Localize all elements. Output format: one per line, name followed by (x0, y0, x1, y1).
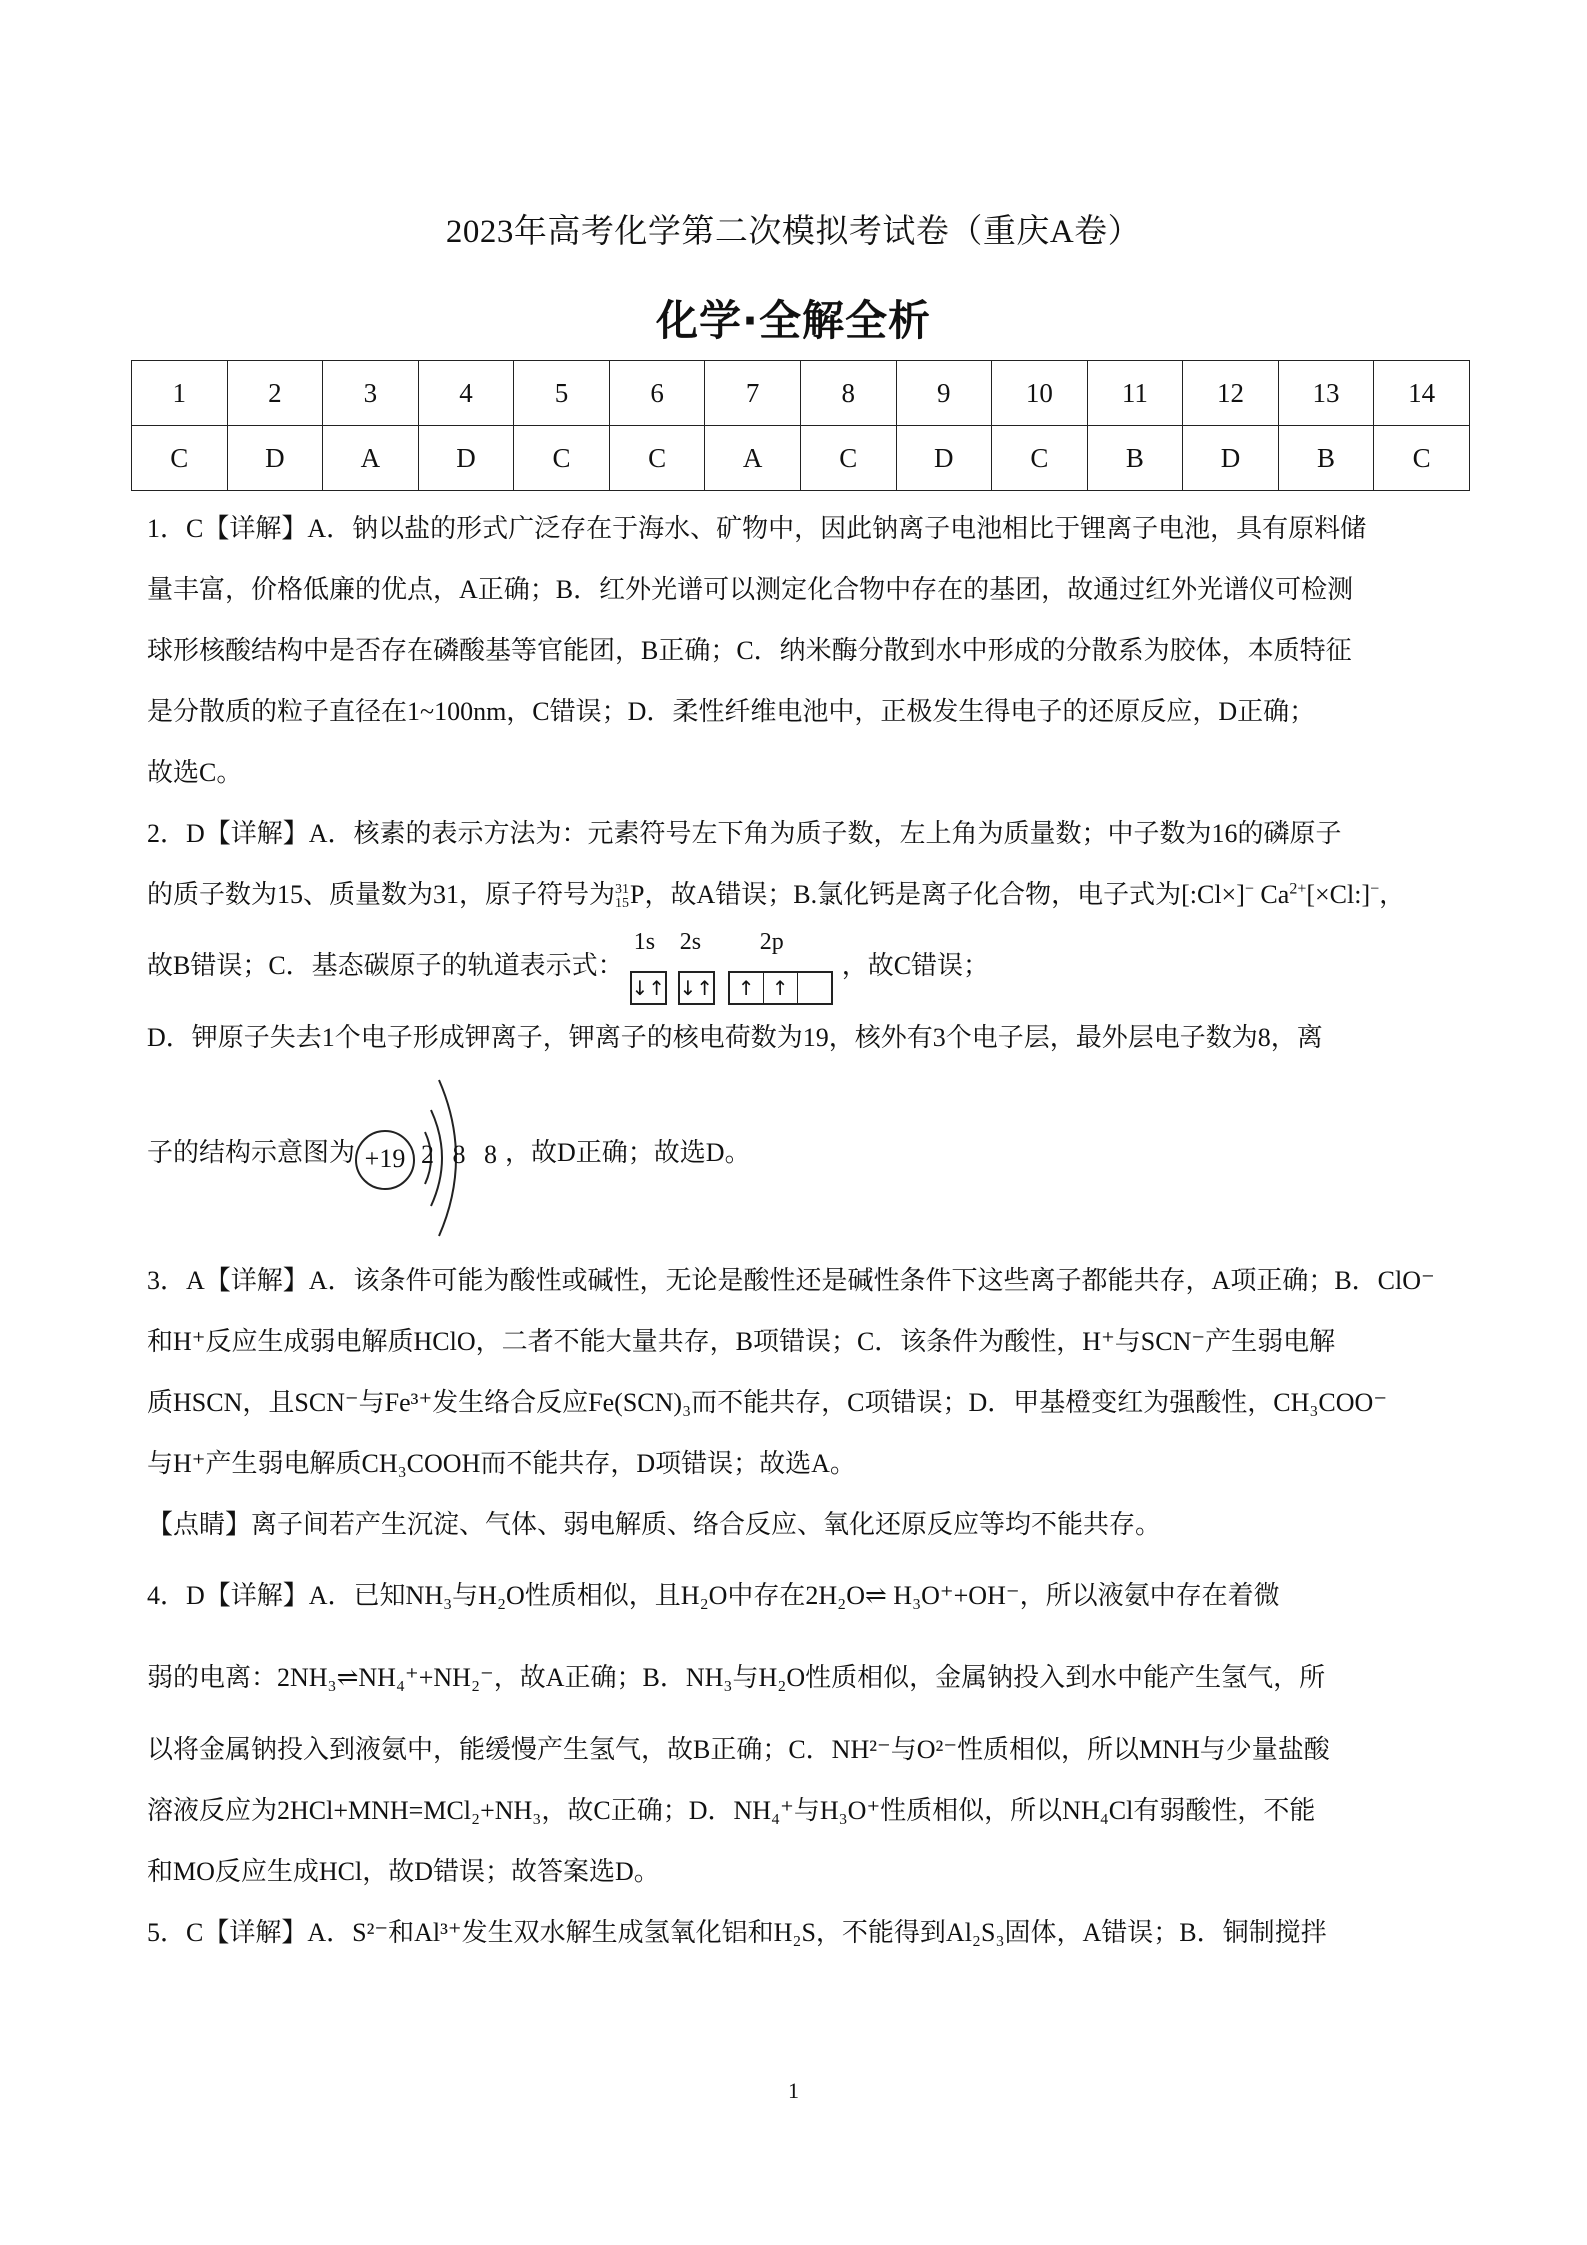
question-number: 13 (1278, 361, 1374, 426)
ion-structure-diagram: +19 2 8 8 (355, 1070, 505, 1240)
answer-cell: C (514, 426, 610, 491)
text-line: 3．A【详解】A．该条件可能为酸性或碱性，无论是酸性还是碱性条件下这些离子都能共… (147, 1250, 1457, 1311)
orbital-box-2p: ↑↑ (728, 971, 833, 1005)
answer-cell: C (800, 426, 896, 491)
text-line: 与H⁺产生弱电解质CH₃COOH而不能共存，D项错误；故选A。 (147, 1433, 1457, 1494)
answer-cell: D (418, 426, 514, 491)
question-number: 14 (1374, 361, 1470, 426)
text-segment: 故B错误；C．基态碳原子的轨道表示式： (147, 951, 624, 980)
answer-cell: C (992, 426, 1088, 491)
isotope-notation: 3115 (615, 883, 629, 911)
text-line: 5．C【详解】A．S²⁻和Al³⁺发生双水解生成氢氧化铝和H₂S，不能得到Al₂… (147, 1902, 1457, 1963)
text-segment: ，故D正确；故选D。 (505, 1138, 751, 1167)
question-number: 11 (1087, 361, 1183, 426)
answer-cell: A (323, 426, 419, 491)
question-number: 5 (514, 361, 610, 426)
document-subtitle: 化学·全解全析 (0, 288, 1587, 348)
orbital-cell (798, 973, 831, 1003)
answer-cell: C (609, 426, 705, 491)
text-line: 和H⁺反应生成弱电解质HClO，二者不能大量共存，B项错误；C．该条件为酸性，H… (147, 1311, 1457, 1372)
q4-explanation: 4．D【详解】A．已知NH₃与H₂O性质相似，且H₂O中存在2H₂O⇌ H₃O⁺… (147, 1555, 1457, 1902)
orbital-cell: ↓↑ (632, 973, 665, 1003)
question-number: 10 (992, 361, 1088, 426)
text-line: 2．D【详解】A．核素的表示方法为：元素符号左下角为质子数，左上角为质量数；中子… (147, 803, 1457, 864)
lewis-chloride-left: [:Cl×] (1181, 880, 1245, 909)
q2-explanation: 2．D【详解】A．核素的表示方法为：元素符号左下角为质子数，左上角为质量数；中子… (147, 803, 1457, 1238)
lewis-calcium: Ca (1260, 880, 1289, 909)
orbital-cell: ↓↑ (680, 973, 713, 1003)
answer-cell: C (132, 426, 228, 491)
charge: − (1245, 880, 1254, 897)
answer-table: 1 2 3 4 5 6 7 8 9 10 11 12 13 14 C D A D… (131, 360, 1470, 491)
answer-cell: C (1374, 426, 1470, 491)
orbital-label-2s: 2s (680, 929, 701, 955)
text-line: 质HSCN，且SCN⁻与Fe³⁺发生络合反应Fe(SCN)₃而不能共存，C项错误… (147, 1372, 1457, 1433)
orbital-box-1s: ↓↑ (630, 971, 667, 1005)
text-line: 溶液反应为2HCl+MNH=MCl₂+NH₃，故C正确；D．NH₄⁺与H₃O⁺性… (147, 1780, 1457, 1841)
text-segment: ，故A错误；B.氯化钙是离子化合物，电子式为 (644, 880, 1181, 909)
document-title: 2023年高考化学第二次模拟考试卷（重庆A卷） (0, 205, 1587, 252)
question-number: 9 (896, 361, 992, 426)
text-line: 1．C【详解】A．钠以盐的形式广泛存在于海水、矿物中，因此钠离子电池相比于锂离子… (147, 498, 1457, 559)
lewis-chloride-right: [×Cl:] (1306, 880, 1370, 909)
text-segment: ，故C错误； (842, 951, 989, 980)
answer-cell: A (705, 426, 801, 491)
answer-table-answer-row: C D A D C C A C D C B D B C (132, 426, 1470, 491)
text-line: 量丰富，价格低廉的优点，A正确；B．红外光谱可以测定化合物中存在的基团，故通过红… (147, 559, 1457, 620)
explanation-body: 1．C【详解】A．钠以盐的形式广泛存在于海水、矿物中，因此钠离子电池相比于锂离子… (147, 498, 1457, 1963)
answer-cell: D (1183, 426, 1279, 491)
orbital-cell: ↑ (730, 973, 764, 1003)
question-number: 7 (705, 361, 801, 426)
answer-cell: D (227, 426, 323, 491)
text-line: 的质子数为15、质量数为31，原子符号为3115P，故A错误；B.氯化钙是离子化… (147, 864, 1457, 925)
question-number: 12 (1183, 361, 1279, 426)
charge: − (1370, 880, 1379, 897)
text-line: 弱的电离：2NH₃⇌NH₄⁺+NH₂⁻，故A正确；B．NH₃与H₂O性质相似，金… (147, 1637, 1457, 1719)
text-segment: 的质子数为15、质量数为31，原子符号为 (147, 880, 615, 909)
charge: 2+ (1289, 880, 1306, 897)
text-line: 4．D【详解】A．已知NH₃与H₂O性质相似，且H₂O中存在2H₂O⇌ H₃O⁺… (147, 1555, 1457, 1637)
question-number: 2 (227, 361, 323, 426)
question-number: 1 (132, 361, 228, 426)
text-line: 故选C。 (147, 742, 1457, 803)
key-point-note: 【点睛】离子间若产生沉淀、气体、弱电解质、络合反应、氧化还原反应等均不能共存。 (147, 1494, 1457, 1555)
isotope-atomic-number: 15 (615, 897, 629, 911)
isotope-mass: 31 (615, 883, 629, 897)
orbital-label-2p: 2p (760, 929, 784, 955)
answer-cell: D (896, 426, 992, 491)
text-line: D．钾原子失去1个电子形成钾离子，钾离子的核电荷数为19，核外有3个电子层，最外… (147, 1007, 1457, 1068)
text-line: 是分散质的粒子直径在1~100nm，C错误；D．柔性纤维电池中，正极发生得电子的… (147, 681, 1457, 742)
text-line: 以将金属钠投入到液氨中，能缓慢产生氢气，故B正确；C．NH²⁻与O²⁻性质相似，… (147, 1719, 1457, 1780)
text-line: 球形核酸结构中是否存在磷酸基等官能团，B正确；C．纳米酶分散到水中形成的分散系为… (147, 620, 1457, 681)
answer-table-number-row: 1 2 3 4 5 6 7 8 9 10 11 12 13 14 (132, 361, 1470, 426)
question-number: 6 (609, 361, 705, 426)
text-line: 子的结构示意图为 +19 2 8 8 ，故D正确；故选D。 (147, 1068, 1457, 1238)
orbital-diagram: 1s 2s 2p ↓↑ ↓↑ ↑↑ (628, 933, 838, 1003)
page-number: 1 (0, 2078, 1587, 2104)
text-line: 故B错误；C．基态碳原子的轨道表示式： 1s 2s 2p ↓↑ ↓↑ ↑↑ ，故… (147, 925, 1457, 1007)
orbital-cell: ↑ (764, 973, 798, 1003)
orbital-label-1s: 1s (634, 929, 655, 955)
q1-explanation: 1．C【详解】A．钠以盐的形式广泛存在于海水、矿物中，因此钠离子电池相比于锂离子… (147, 498, 1457, 803)
lewis-structure: [:Cl×]− Ca2+[×Cl:]− (1181, 880, 1379, 909)
text-segment: ， (1379, 880, 1405, 909)
text-segment: 子的结构示意图为 (147, 1138, 355, 1167)
answer-cell: B (1087, 426, 1183, 491)
question-number: 3 (323, 361, 419, 426)
text-line: 和MO反应生成HCl，故D错误；故答案选D。 (147, 1841, 1457, 1902)
q3-explanation: 3．A【详解】A．该条件可能为酸性或碱性，无论是酸性还是碱性条件下这些离子都能共… (147, 1250, 1457, 1555)
shell-electron-counts: 2 8 8 (421, 1070, 503, 1240)
question-number: 4 (418, 361, 514, 426)
question-number: 8 (800, 361, 896, 426)
orbital-box-2s: ↓↑ (678, 971, 715, 1005)
answer-cell: B (1278, 426, 1374, 491)
isotope-symbol: P (630, 880, 644, 909)
q5-explanation: 5．C【详解】A．S²⁻和Al³⁺发生双水解生成氢氧化铝和H₂S，不能得到Al₂… (147, 1902, 1457, 1963)
